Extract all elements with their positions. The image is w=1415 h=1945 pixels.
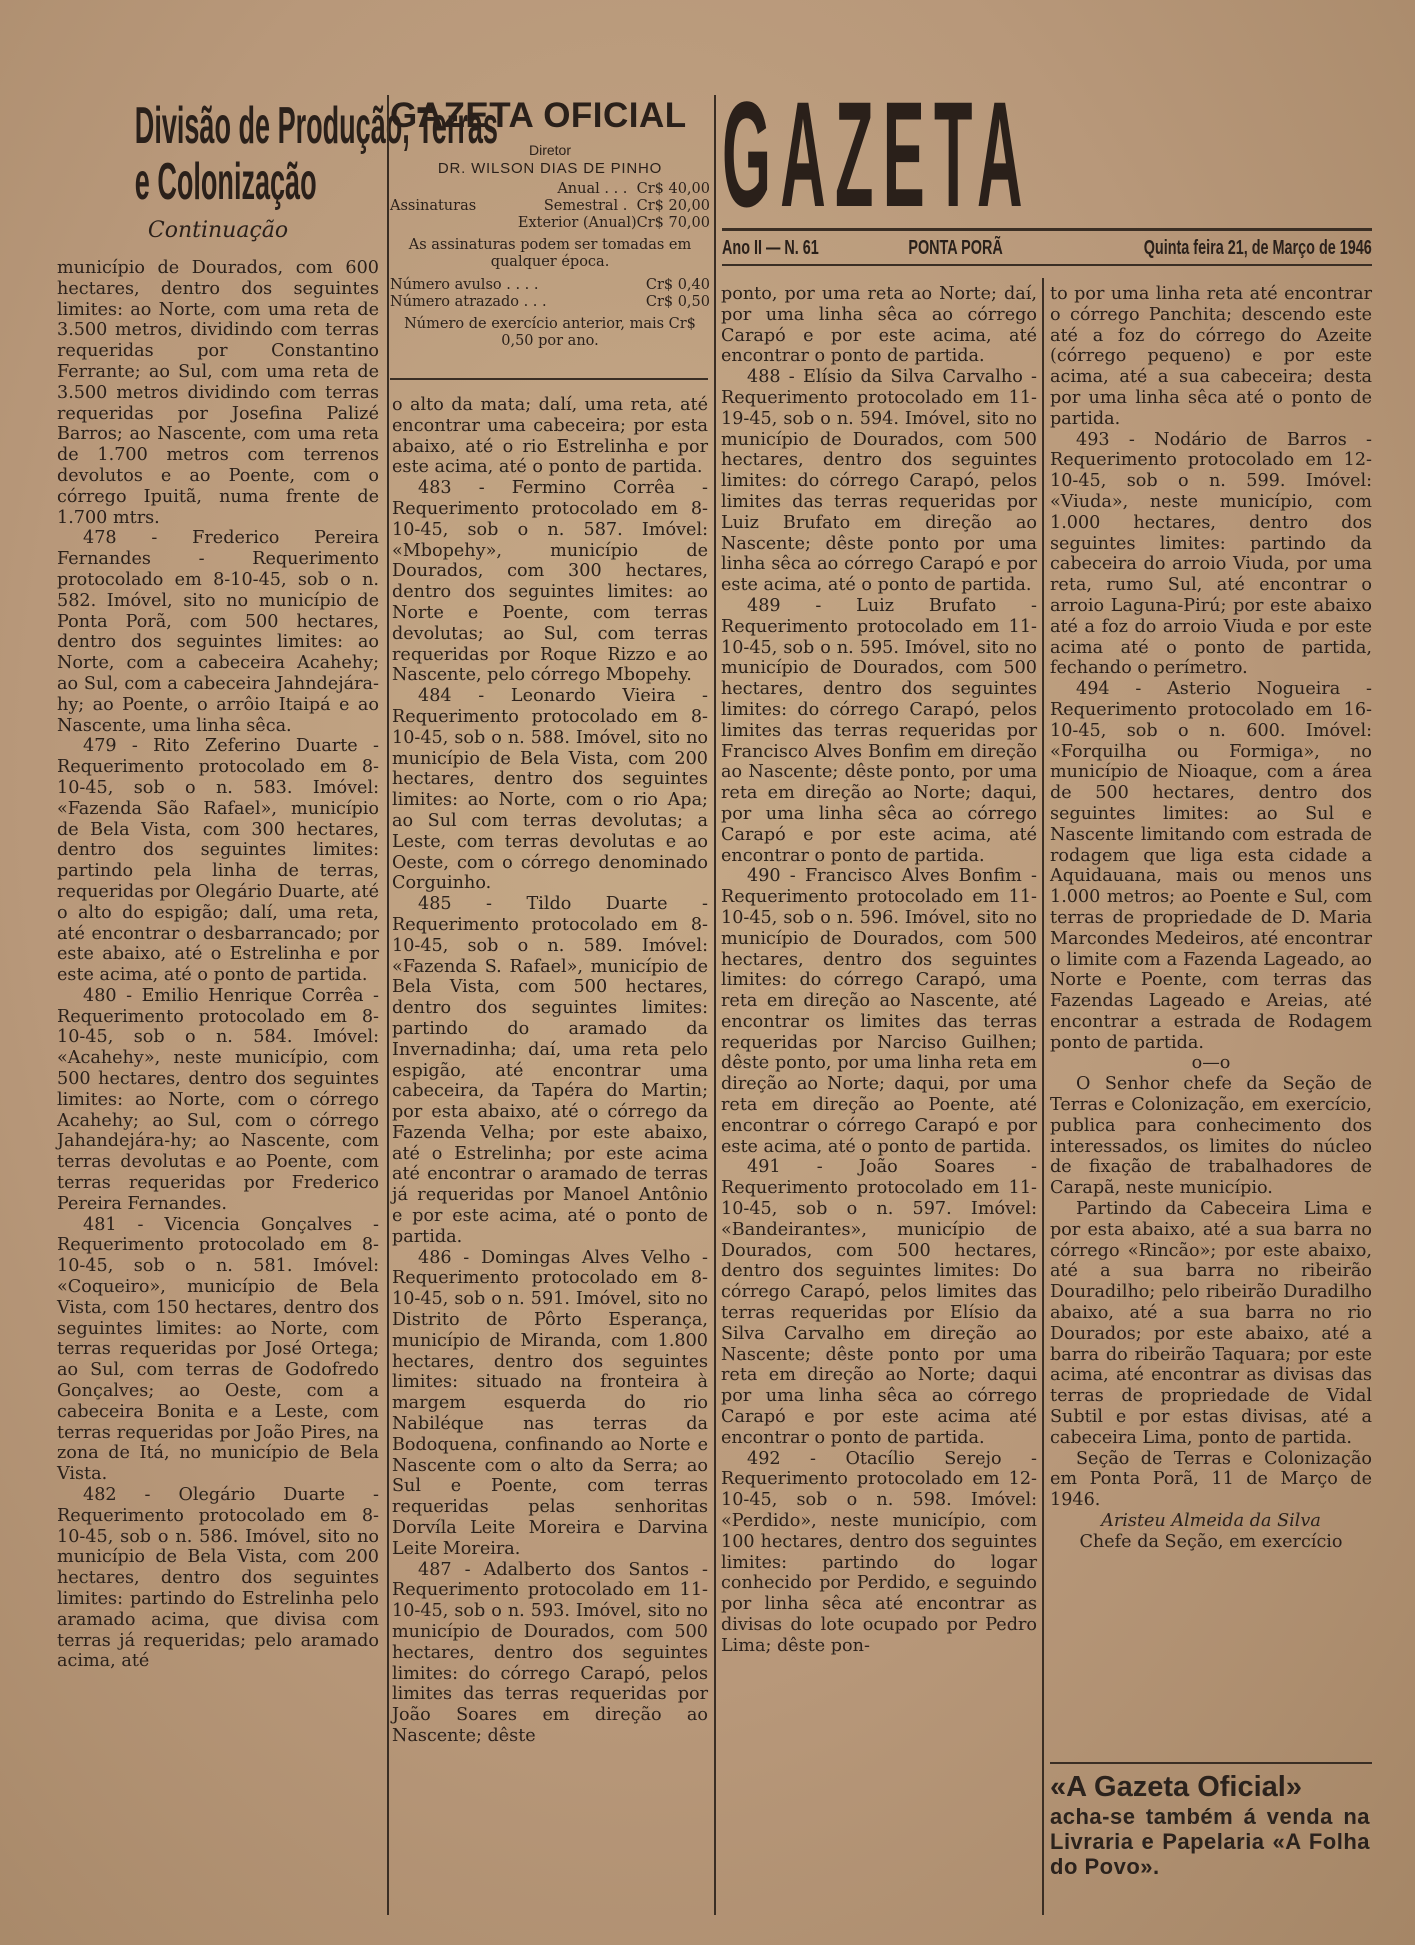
article-paragraph: O Senhor chefe da Seção de Terras e Colo… [1050,1074,1372,1199]
director-name: DR. WILSON DIAS DE PINHO [390,160,710,177]
price-row: Assinaturas Semestral . Cr$ 20,00 [390,198,710,215]
continuation-label: Continuação [58,218,378,243]
back-issue-price: Número atrazado . . .Cr$ 0,50 [390,294,710,311]
article-paragraph: 492 - Otacílio Serejo - Requerimento pro… [721,1449,1037,1657]
column-2: o alto da mata; dalí, uma reta, até enco… [392,395,708,1747]
nameplate-word1: GAZETA [722,92,1032,217]
article-paragraph: ponto, por uma reta ao Norte; daí, por u… [721,284,1037,367]
masthead-box: GAZETA OFICIAL Diretor DR. WILSON DIAS D… [390,96,710,350]
column-rule [387,95,389,1915]
section-separator: o—o [1050,1053,1372,1074]
article-paragraph: 483 - Fermino Corrêa - Requerimento prot… [392,478,708,686]
price-value: Cr$ 0,40 [646,277,710,294]
nameplate: GAZETA OFICIAL [722,92,1372,217]
signature-role: Chefe da Seção, em exercício [1050,1532,1372,1553]
article-paragraph: o alto da mata; dalí, uma reta, até enco… [392,395,708,478]
price-row: Anual . . . Cr$ 40,00 [390,181,710,198]
article-paragraph: município de Dourados, com 600 hectares,… [57,258,379,528]
article-paragraph: 490 - Francisco Alves Bonfim - Requerime… [721,866,1037,1157]
subscriptions-label: Assinaturas [390,198,476,215]
section-headline-line1: Divisão de Produção, Terras [135,100,301,152]
price-label: Anual . . . [557,181,627,198]
subscription-prices: Anual . . . Cr$ 40,00 Assinaturas Semest… [390,181,710,232]
column-1: município de Dourados, com 600 hectares,… [57,258,379,1672]
nameplate-rule-bottom [722,264,1372,266]
article-paragraph: 482 - Olegário Duarte - Requerimento pro… [57,1485,379,1672]
prior-year-note: Número de exercício anterior, mais Cr$ 0… [390,316,710,350]
advert-divider [1050,1762,1372,1764]
article-paragraph: 485 - Tildo Duarte - Requerimento protoc… [392,894,708,1248]
section-headline: Divisão de Produção, Terras e Colonizaçã… [58,100,378,210]
advertisement: «A Gazeta Oficial» acha-se também á vend… [1050,1770,1370,1879]
price-value: Cr$ 0,50 [646,294,710,311]
advert-title: «A Gazeta Oficial» [1050,1770,1370,1804]
column-3: ponto, por uma reta ao Norte; daí, por u… [721,284,1037,1657]
article-paragraph: 484 - Leonardo Vieira - Requerimento pro… [392,686,708,894]
director-label: Diretor [390,142,710,158]
newspaper-page: Divisão de Produção, Terras e Colonizaçã… [0,0,1415,1945]
single-issue-price: Número avulso . . . .Cr$ 0,40 [390,277,710,294]
dateline: Ano II — N. 61 PONTA PORÃ Quinta feira 2… [722,237,1372,260]
article-paragraph: Partindo da Cabeceira Lima e por esta ab… [1050,1199,1372,1449]
article-paragraph: 487 - Adalberto dos Santos - Requeriment… [392,1560,708,1747]
section-headline-line2: e Colonização [135,156,301,208]
masthead-divider [390,378,708,380]
article-paragraph: 479 - Rito Zeferino Duarte - Requeriment… [57,736,379,986]
article-paragraph: 494 - Asterio Nogueira - Requerimento pr… [1050,679,1372,1053]
price-label: Número atrazado . . . [390,294,547,311]
place: PONTA PORÃ [909,237,1003,260]
article-paragraph: 478 - Frederico Pereira Fernandes - Requ… [57,528,379,736]
subscription-note: As assinaturas podem ser tomadas em qual… [390,237,710,271]
column-rule [714,95,716,1915]
article-paragraph: 493 - Nodário de Barros - Requerimento p… [1050,430,1372,680]
article-paragraph: 488 - Elísio da Silva Carvalho - Requeri… [721,367,1037,596]
advert-body: acha-se também á venda na Livraria e Pap… [1050,1804,1370,1879]
signature-name: Aristeu Almeida da Silva [1050,1511,1372,1532]
article-paragraph: 481 - Vicencia Gonçalves - Requerimento … [57,1215,379,1485]
price-label: Número avulso . . . . [390,277,538,294]
issue-date: Quinta feira 21, de Março de 1946 [1144,237,1372,260]
article-paragraph: Seção de Terras e Colonização em Ponta P… [1050,1449,1372,1511]
article-paragraph: 489 - Luiz Brufato - Requerimento protoc… [721,596,1037,866]
article-paragraph: 480 - Emilio Henrique Corrêa - Requerime… [57,986,379,1215]
column-4: to por uma linha reta até encontrar o có… [1050,284,1372,1553]
article-paragraph: 486 - Domingas Alves Velho - Requeriment… [392,1248,708,1560]
price-value: Cr$ 40,00 [637,181,710,198]
price-value: Cr$ 70,00 [637,215,710,232]
nameplate-rule-top [722,228,1372,231]
article-paragraph: 491 - João Soares - Requerimento protoco… [721,1157,1037,1448]
price-row: Exterior (Anual)Cr$ 70,00 [390,215,710,232]
price-label: Exterior (Anual) [518,215,637,232]
column-rule [1042,278,1044,1915]
price-value: Cr$ 20,00 [637,198,710,214]
price-label: Semestral . [544,198,628,214]
article-paragraph: to por uma linha reta até encontrar o có… [1050,284,1372,430]
issue-number: Ano II — N. 61 [722,237,819,260]
masthead-title: GAZETA OFICIAL [390,96,710,136]
